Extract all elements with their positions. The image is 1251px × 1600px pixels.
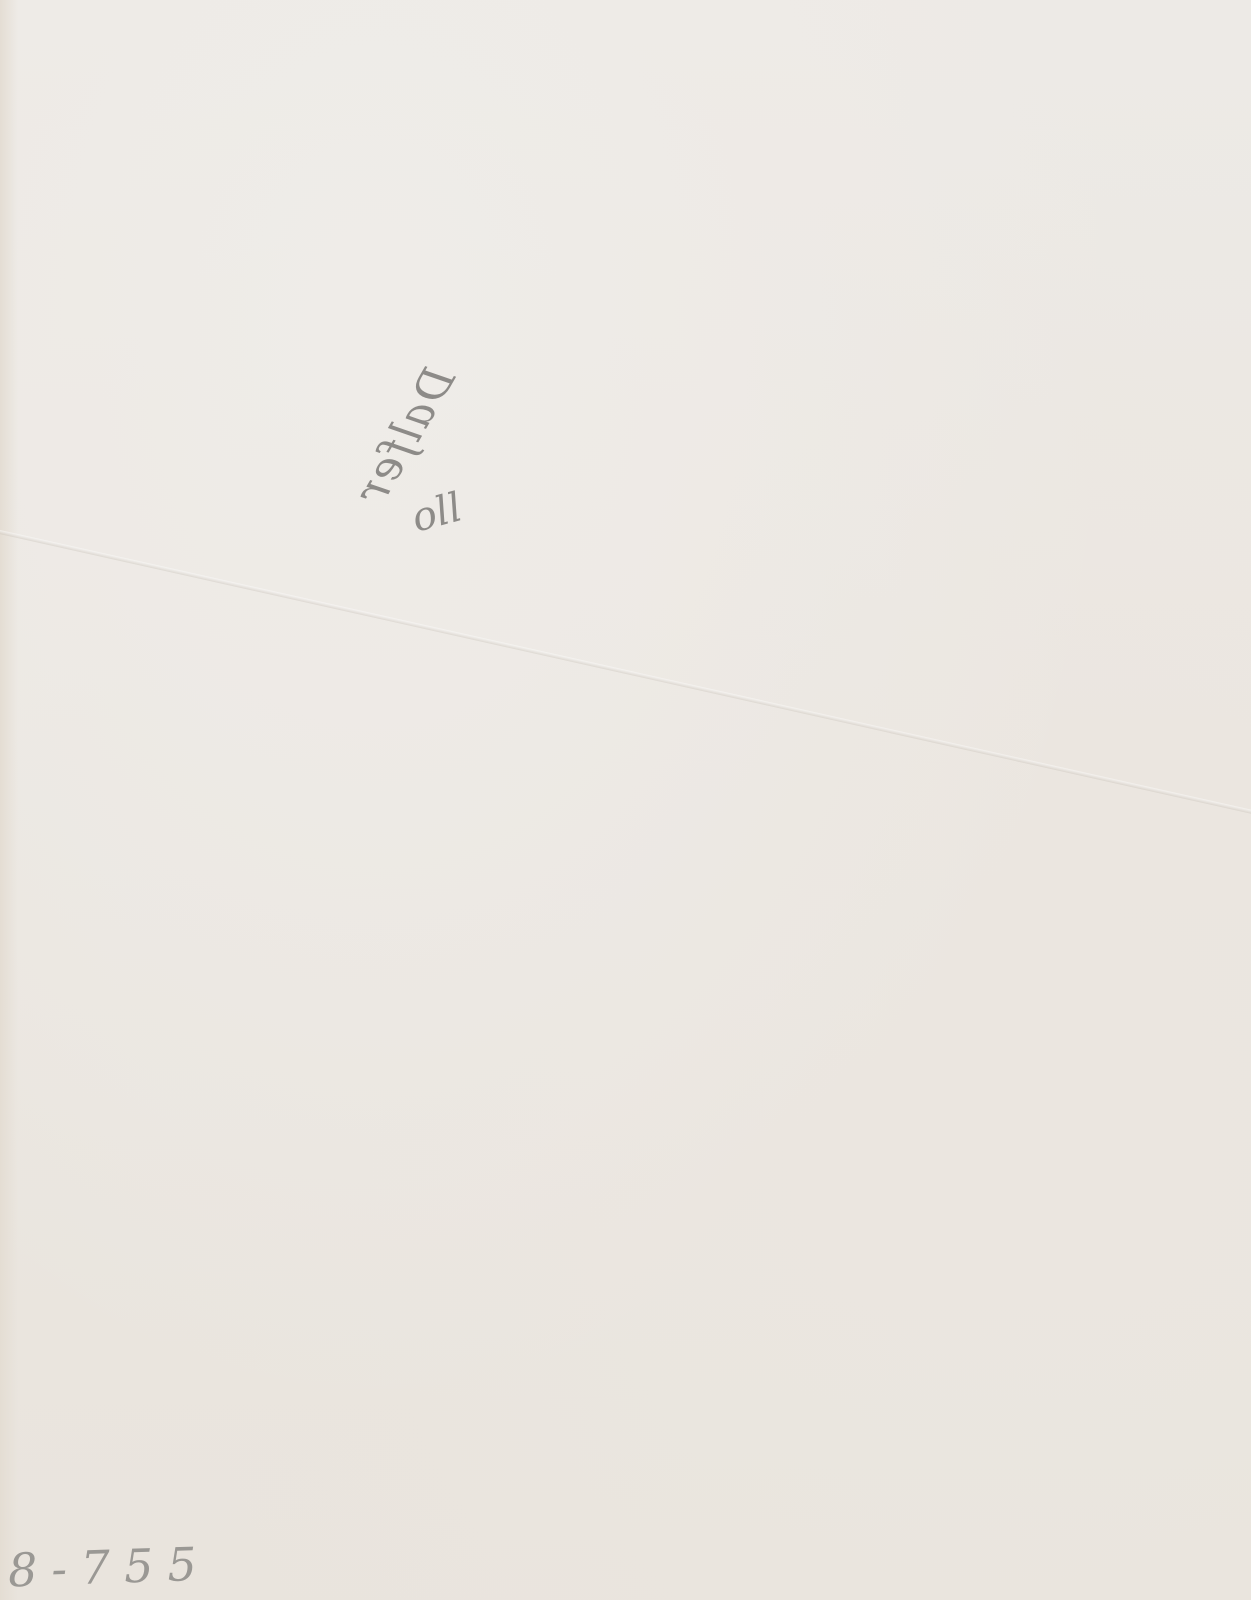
paper-sheet [0, 0, 1251, 1600]
handwritten-catalog-number: 8-755 [7, 1536, 211, 1597]
paper-edge-shadow [0, 0, 18, 1600]
